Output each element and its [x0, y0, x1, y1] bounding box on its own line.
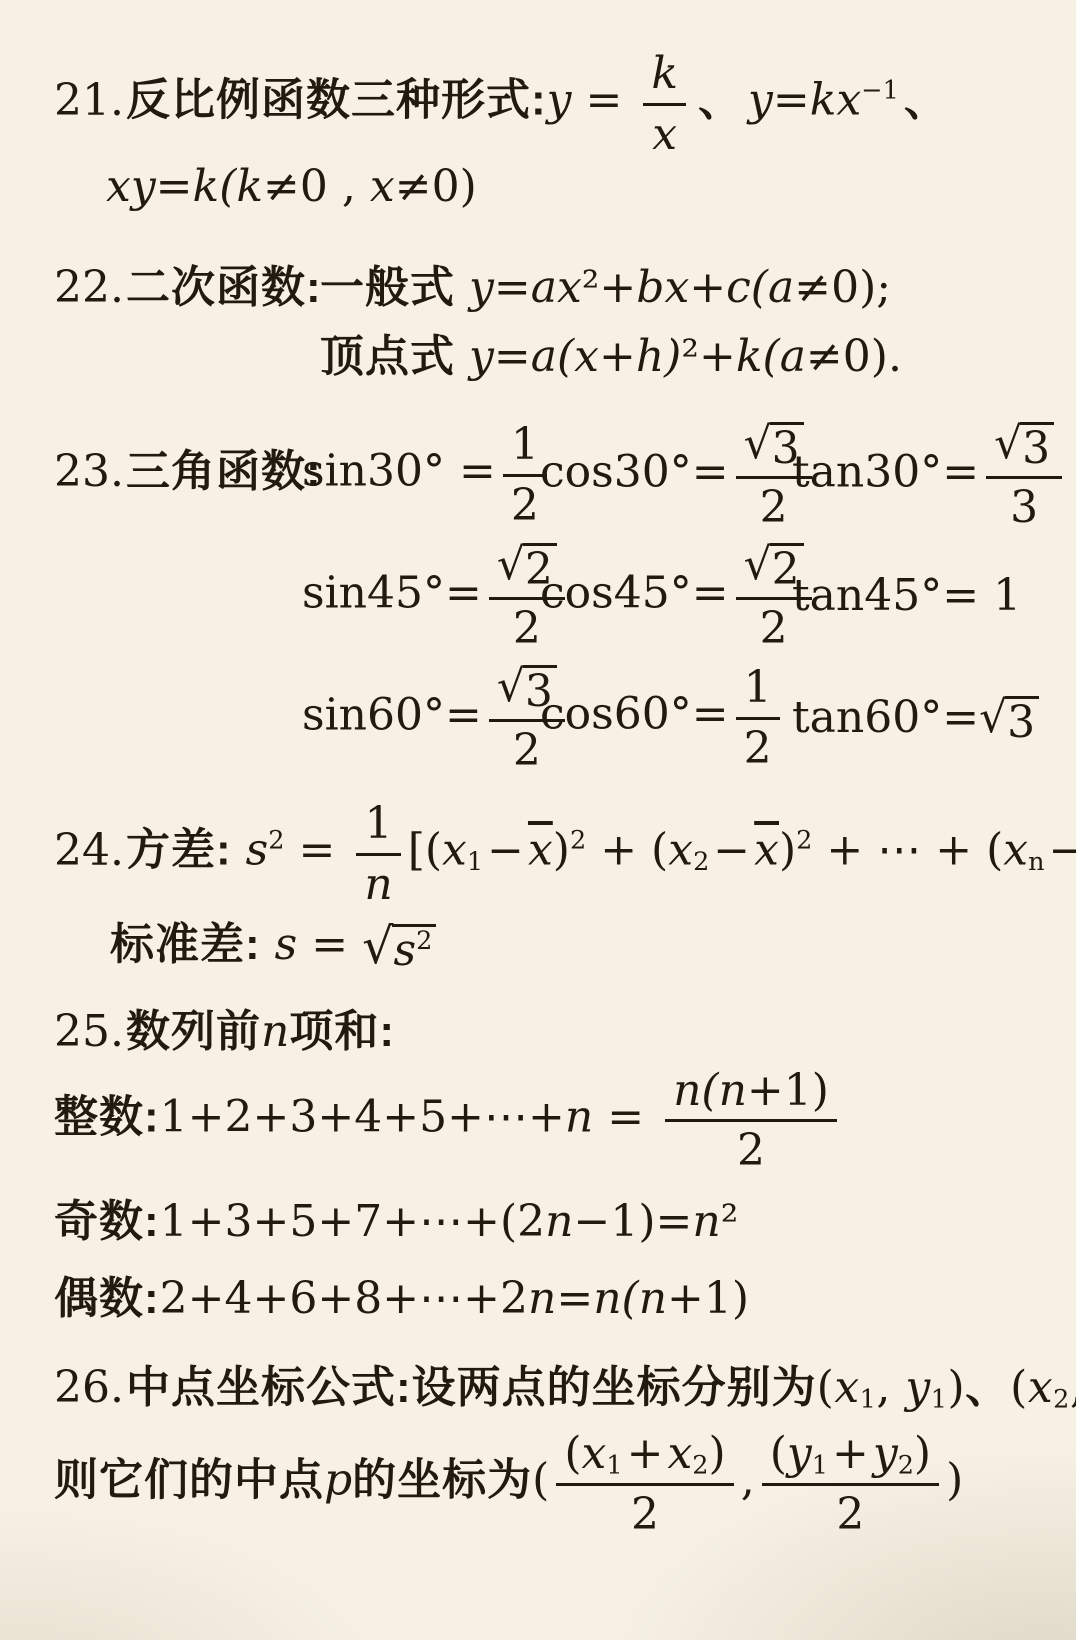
trig-cell-tan45: tan45°= 1 [792, 567, 1021, 624]
evens-label: 偶数: [54, 1274, 160, 1323]
s26-text-part2: 的坐标为 [352, 1456, 532, 1505]
math-var: y [787, 1428, 812, 1479]
bracket-open: [( [408, 825, 442, 876]
math-var: x [442, 825, 467, 876]
s24-line-1: 24.方差: s2 = 1n[(x1−x)2 + (x2−x)2 + ⋯ + (… [54, 796, 1050, 910]
math-op: −1)= [573, 1196, 692, 1247]
superscript: −1 [861, 76, 899, 106]
math-op: ²+ [582, 262, 637, 313]
superscript-two: ² [721, 1196, 739, 1247]
math-op: +1) [747, 1065, 829, 1116]
math-var: n(n [673, 1065, 747, 1116]
plus-sign: + [832, 1428, 869, 1479]
math-var: h) [636, 331, 682, 382]
fraction: 12 [736, 662, 780, 772]
trig-cell-sin30: sin30° =12 [302, 417, 540, 531]
formula-sheet: 21.反比例函数三种形式:y = kx、y=kx−1、 xy=k(k≠0 , x… [0, 0, 1076, 1540]
math-var: ax [531, 262, 582, 313]
s25-odds-line: 奇数:1+3+5+7+⋯+(2n−1)=n² [54, 1193, 1050, 1250]
s21-line-2: xy=k(k≠0 , x≠0) [54, 158, 1050, 215]
paren-close: ) [914, 1428, 931, 1479]
math-var: y [748, 75, 773, 126]
fraction-denominator: 2 [736, 720, 780, 773]
sqrt-radicand: s2 [392, 924, 437, 973]
math-var: y [873, 1428, 898, 1479]
odds-label: 奇数: [54, 1197, 160, 1246]
trig-cell-sin60: sin60°=√32 [302, 659, 540, 777]
math-var: n [545, 1196, 573, 1247]
s25-integers-line: 整数:1+2+3+4+5+⋯+n = n(n+1)2 [54, 1063, 1050, 1177]
sqrt-radicand: 3 [1020, 422, 1054, 471]
equals-sign: = [494, 331, 531, 382]
trig-lhs: cos30°= [540, 446, 729, 497]
enumeration-comma: 、 [698, 76, 743, 125]
subscript: 2 [898, 1451, 914, 1481]
comma: , [741, 1455, 755, 1506]
s23-row-60: sin60°=√32cos60°=12tan60°=√3 [54, 659, 1050, 777]
math-op: ≠0) [395, 161, 477, 212]
fraction: 1n [356, 798, 400, 908]
equals-sign: = [494, 262, 531, 313]
math-var: s [275, 919, 298, 970]
s25-title-part2: 项和: [289, 1007, 395, 1056]
math-op: +1) [667, 1273, 749, 1324]
math-var: kx [810, 75, 861, 126]
fraction-numerator: √3 [986, 418, 1062, 479]
subscript: n [1028, 847, 1044, 877]
equals-sign: = [311, 919, 348, 970]
plus-sign: + [627, 1428, 664, 1479]
math-var: y [547, 75, 572, 126]
s25-evens-line: 偶数:2+4+6+8+⋯+2n=n(n+1) [54, 1270, 1050, 1327]
s22-line-1: 22.二次函数:一般式 y=ax²+bx+c(a≠0); [54, 259, 1050, 316]
comma: , [342, 161, 356, 212]
math-var: x [668, 825, 693, 876]
math-var: s [246, 825, 269, 876]
equals-sign: = [586, 75, 623, 126]
fraction-numerator: 1 [736, 662, 780, 720]
math-var: n [565, 1091, 593, 1142]
trig-lhs: cos60°= [540, 689, 729, 740]
math-var: x [834, 1362, 859, 1413]
s22-lead: 22.二次函数: [54, 259, 320, 316]
section-22: 22.二次函数:一般式 y=ax²+bx+c(a≠0); 顶点式 y=a(x+h… [54, 259, 1050, 385]
vertex-form-label: 顶点式 [320, 332, 455, 381]
math-op: + [599, 331, 636, 382]
trig-lhs: sin60°= [302, 689, 482, 740]
s25-title-line: 25.数列前n项和: [54, 1003, 1050, 1060]
trig-lhs: cos45°= [540, 567, 729, 618]
s22-line-2: 顶点式 y=a(x+h)²+k(a≠0). [54, 328, 1050, 385]
subscript: 1 [812, 1451, 828, 1481]
x-bar: x [754, 825, 779, 876]
comma: , [1070, 1362, 1076, 1413]
paren-close: ) [947, 1362, 965, 1413]
s23-title: 三角函数: [126, 447, 322, 496]
subscript: 1 [606, 1451, 622, 1481]
item-number: 24. [54, 825, 124, 876]
integers-label: 整数: [54, 1092, 160, 1141]
subscript: 1 [467, 847, 483, 877]
fraction: (y1+y2)2 [762, 1428, 939, 1538]
equals-sign: = [556, 1273, 593, 1324]
comma: , [876, 1362, 891, 1413]
math-var: x [1003, 825, 1028, 876]
math-op: ≠0 [263, 161, 328, 212]
fraction-numerator: (x1+x2) [556, 1428, 733, 1486]
s24-title: 方差: [126, 826, 232, 875]
sqrt: √s2 [362, 924, 436, 973]
trig-cell-tan30: tan30°=√33 [792, 416, 1069, 534]
trig-cell-sin45: sin45°=√22 [302, 537, 540, 655]
trig-value: 1 [993, 570, 1021, 621]
paren-open: ( [770, 1428, 787, 1479]
item-number: 21. [54, 75, 124, 126]
ellipsis-op: + ⋯ + ( [826, 825, 1003, 876]
paren-close: ) [779, 825, 796, 876]
equals-sign: = [156, 161, 193, 212]
fraction: (x1+x2)2 [556, 1428, 733, 1538]
paren-open: ( [817, 1362, 835, 1413]
fraction-denominator: 2 [762, 1486, 939, 1539]
math-var: n [528, 1273, 556, 1324]
superscript: 2 [570, 826, 586, 856]
trig-lhs: tan60°= [792, 692, 979, 743]
section-26: 26.中点坐标公式:设两点的坐标分别为(x1, y1)、(x2, y2), 则它… [54, 1359, 1050, 1540]
fraction-numerator: n(n+1) [665, 1065, 837, 1123]
sqrt: √3 [979, 696, 1039, 745]
s21-title: 反比例函数三种形式: [126, 76, 547, 125]
subscript: 1 [931, 1385, 948, 1415]
math-var: y [469, 331, 494, 382]
math-var: x [667, 1428, 692, 1479]
s21-line-1: 21.反比例函数三种形式:y = kx、y=kx−1、 [54, 46, 1050, 160]
trig-cell-cos60: cos60°=12 [540, 660, 792, 774]
item-number: 26. [54, 1362, 124, 1413]
equals-sign: = [298, 825, 335, 876]
paren-open: ( [532, 1455, 549, 1506]
math-sum: 1+3+5+7+⋯+(2 [160, 1196, 545, 1247]
fraction-numerator: 1 [356, 798, 400, 856]
math-sum: 1+2+3+4+5+⋯+ [160, 1091, 565, 1142]
s26-line-2: 则它们的中点p的坐标为((x1+x2)2,(y1+y2)2) [54, 1426, 1050, 1540]
enumeration-comma: 、 [965, 1363, 1010, 1412]
sqrt-sign: √ [744, 543, 772, 592]
x-bar: x [528, 825, 553, 876]
s26-line-1: 26.中点坐标公式:设两点的坐标分别为(x1, y1)、(x2, y2), [54, 1359, 1050, 1416]
minus-sign: − [713, 825, 750, 876]
math-var: n [261, 1006, 289, 1057]
s23-lead: 23.三角函数: [54, 443, 302, 500]
math-var: x [582, 1428, 607, 1479]
s24-line-2: 标准差: s = √s2 [54, 916, 1050, 973]
sqrt-sign: √ [994, 422, 1022, 471]
math-var: x [1028, 1362, 1053, 1413]
fraction: kx [643, 48, 686, 158]
math-var: xy [106, 161, 156, 212]
math-sum: 2+4+6+8+⋯+2 [160, 1273, 528, 1324]
trig-lhs: tan45°= [792, 570, 979, 621]
equals-sign: = [607, 1091, 644, 1142]
trig-lhs: sin30° = [302, 446, 496, 497]
math-op: ²+ [681, 331, 736, 382]
s22-title: 二次函数: [126, 263, 322, 312]
math-var: y [905, 1362, 930, 1413]
sqrt-sign: √ [979, 696, 1007, 745]
math-var: n(n [593, 1273, 667, 1324]
paren-open: ( [1010, 1362, 1028, 1413]
s26-title: 中点坐标公式:设两点的坐标分别为 [126, 1363, 817, 1412]
fraction-denominator: 2 [556, 1486, 733, 1539]
fraction-denominator: 2 [665, 1122, 837, 1175]
paren-close: ) [946, 1455, 963, 1506]
fraction: n(n+1)2 [665, 1065, 837, 1175]
math-var: y [469, 262, 494, 313]
math-var: x [370, 161, 395, 212]
sqrt-sign: √ [497, 665, 525, 714]
fraction-numerator: k [643, 48, 686, 106]
equals-sign: = [773, 75, 810, 126]
trig-cell-cos45: cos45°=√22 [540, 537, 792, 655]
math-op: ≠0); [794, 262, 891, 313]
paren-close: ) [553, 825, 570, 876]
item-number: 25. [54, 1006, 124, 1057]
superscript: 2 [416, 926, 432, 956]
paren-close: ) [709, 1428, 726, 1479]
trig-lhs: sin45°= [302, 567, 482, 618]
trig-lhs: tan30°= [792, 446, 979, 497]
subscript: 2 [693, 847, 709, 877]
math-var: p [324, 1455, 352, 1506]
sqrt-sign: √ [362, 924, 393, 973]
superscript: 2 [796, 826, 812, 856]
math-var: k(a [736, 331, 806, 382]
math-var: s [394, 925, 417, 976]
section-23: 23.三角函数:sin30° =12cos30°=√32tan30°=√33 s… [54, 416, 1050, 777]
fraction-numerator: (y1+y2) [762, 1428, 939, 1486]
s23-row-30: 23.三角函数:sin30° =12cos30°=√32tan30°=√33 [54, 416, 1050, 534]
fraction-denominator: 3 [986, 479, 1062, 532]
item-number: 22. [54, 262, 124, 313]
math-op: ≠0). [806, 331, 902, 382]
trig-cell-tan60: tan60°=√3 [792, 689, 1039, 746]
math-op: + [689, 262, 726, 313]
subscript: 2 [1053, 1385, 1070, 1415]
stddev-label: 标准差: [110, 920, 261, 969]
fraction-denominator: x [643, 106, 686, 159]
section-24: 24.方差: s2 = 1n[(x1−x)2 + (x2−x)2 + ⋯ + (… [54, 796, 1050, 973]
superscript: 2 [268, 826, 284, 856]
math-var: c(a [726, 262, 794, 313]
paren-open: ( [564, 1428, 581, 1479]
minus-sign: − [1049, 825, 1076, 876]
section-21: 21.反比例函数三种形式:y = kx、y=kx−1、 xy=k(k≠0 , x… [54, 46, 1050, 215]
sqrt-radicand: 3 [1005, 696, 1039, 745]
general-form-label: 一般式 [320, 263, 455, 312]
subscript: 2 [692, 1451, 708, 1481]
minus-sign: − [487, 825, 524, 876]
subscript: 1 [860, 1385, 877, 1415]
sqrt: √3 [994, 422, 1054, 471]
s25-title-part1: 数列前 [126, 1007, 261, 1056]
math-op: + ( [600, 825, 668, 876]
sqrt-sign: √ [744, 422, 772, 471]
math-var: k(k [193, 161, 264, 212]
sqrt-sign: √ [497, 543, 525, 592]
math-var: n [692, 1196, 720, 1247]
enumeration-comma: 、 [904, 76, 949, 125]
s23-row-45: sin45°=√22cos45°=√22tan45°= 1 [54, 537, 1050, 655]
item-number: 23. [54, 446, 124, 497]
math-var: a(x [531, 331, 599, 382]
section-25: 25.数列前n项和: 整数:1+2+3+4+5+⋯+n = n(n+1)2 奇数… [54, 1003, 1050, 1327]
fraction: √33 [986, 418, 1062, 532]
fraction-denominator: n [356, 856, 400, 909]
s26-text-part1: 则它们的中点 [54, 1456, 324, 1505]
math-var: bx [636, 262, 689, 313]
trig-cell-cos30: cos30°=√32 [540, 416, 792, 534]
